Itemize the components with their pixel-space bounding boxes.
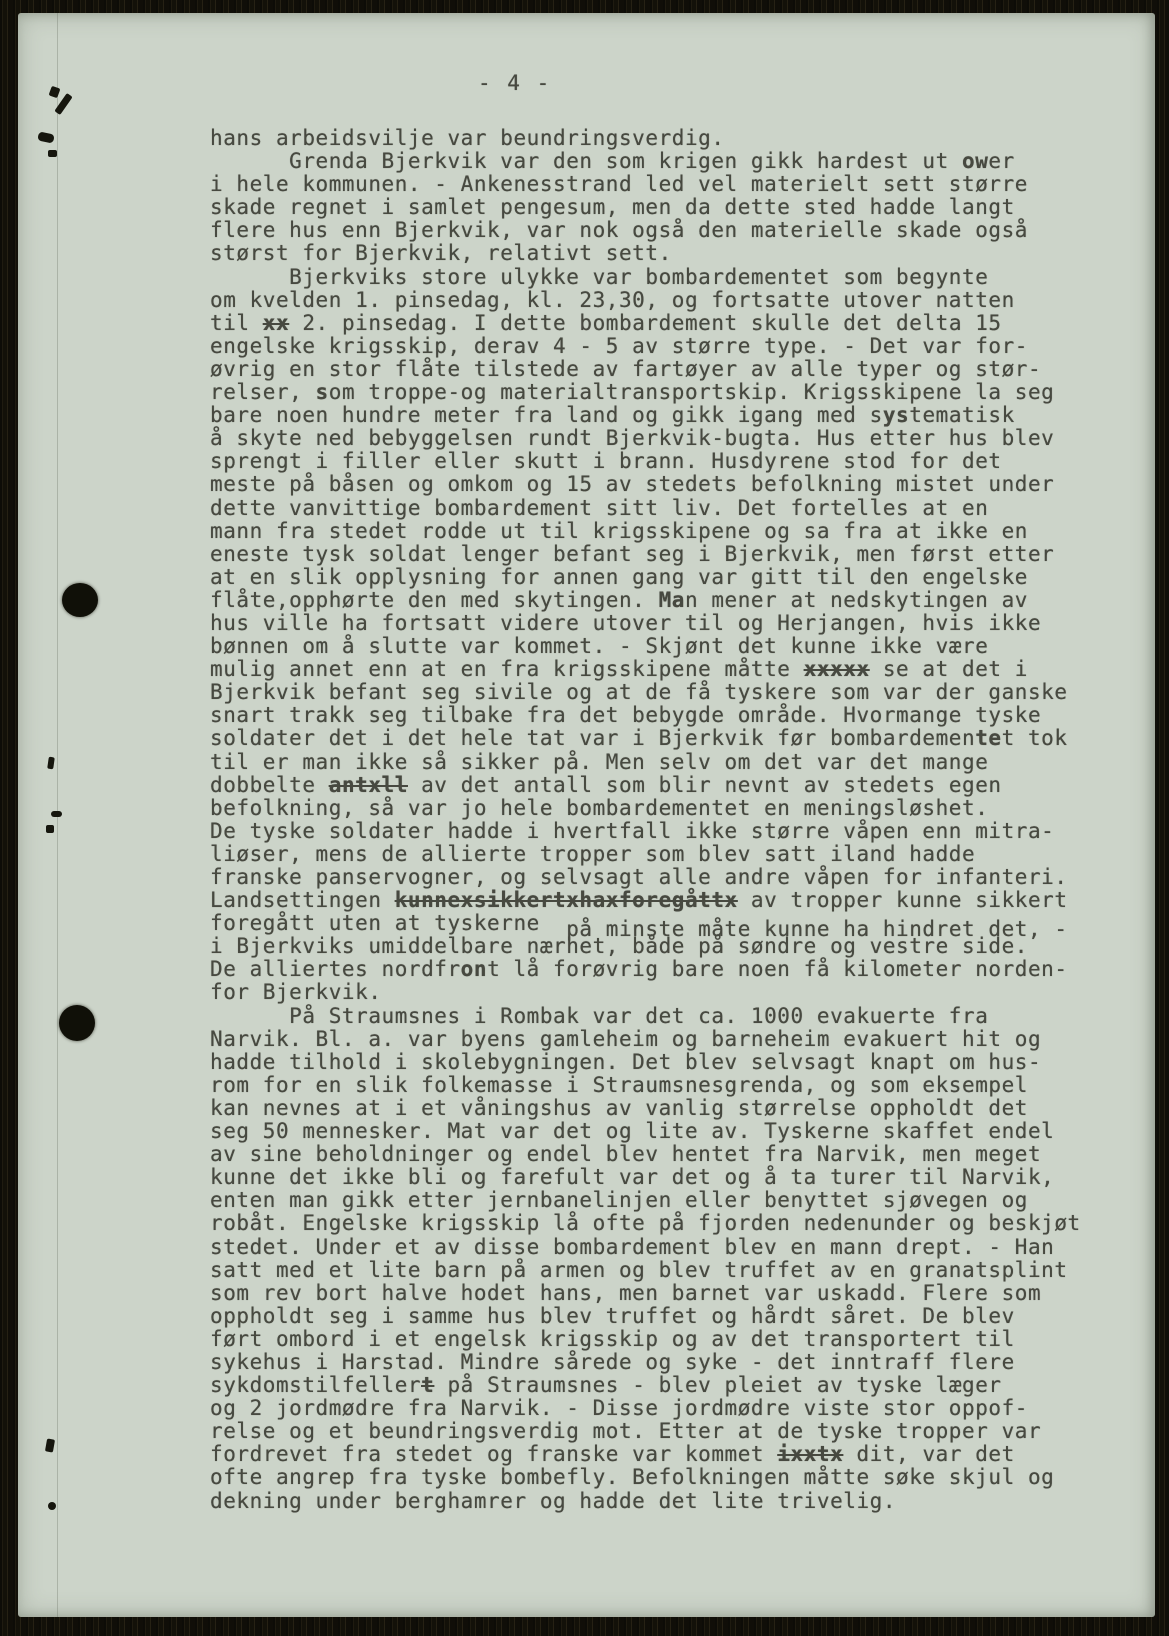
text-line: befolkning, så var jo hele bombardemente… — [210, 797, 1130, 820]
text-line: flåte,opphørte den med skytingen. Man me… — [210, 589, 1130, 612]
text-line: dobbelte antxll av det antall som blir n… — [210, 774, 1130, 797]
text-line: i hele kommunen. - Ankenesstrand led vel… — [210, 173, 1130, 196]
text-line: stedet. Under et av disse bombardement b… — [210, 1236, 1130, 1259]
text-line: Narvik. Bl. a. var byens gamleheim og ba… — [210, 1028, 1130, 1051]
text-line: og 2 jordmødre fra Narvik. - Disse jordm… — [210, 1397, 1130, 1420]
text-line: meste på båsen og omkom og 15 av stedets… — [210, 473, 1130, 496]
ink-mark — [49, 86, 61, 98]
text-line: til er man ikke så sikker på. Men selv o… — [210, 751, 1130, 774]
text-line: sykdomstilfellert på Straumsnes - blev p… — [210, 1374, 1130, 1397]
text-line: robåt. Engelske krigsskip lå ofte på fjo… — [210, 1212, 1130, 1235]
text-line: rom for en slik folkemasse i Straumsnesg… — [210, 1074, 1130, 1097]
punch-hole — [62, 583, 98, 617]
text-line: dette vanvittige bombardement sitt liv. … — [210, 497, 1130, 520]
text-line: oppholdt seg i samme hus blev truffet og… — [210, 1305, 1130, 1328]
text-block: hans arbeidsvilje var beundringsverdig. … — [210, 127, 1130, 1513]
text-line: kunne det ikke bli og farefult var det o… — [210, 1166, 1130, 1189]
text-line: bønnen om å slutte var kommet. - Skjønt … — [210, 635, 1130, 658]
text-line: Landsettingen kunnexsikkertxhaxforegåttx… — [210, 889, 1130, 912]
text-line: soldater det i det hele tat var i Bjerkv… — [210, 727, 1130, 750]
text-line: Bjerkvik befant seg sivile og at de få t… — [210, 681, 1130, 704]
text-line: hadde tilhold i skolebygningen. Det blev… — [210, 1051, 1130, 1074]
text-line: ført ombord i et engelsk krigsskip og av… — [210, 1328, 1130, 1351]
ink-mark — [48, 1502, 56, 1510]
text-line: satt med et lite barn på armen og blev t… — [210, 1259, 1130, 1282]
text-line: øvrig en stor flåte tilstede av fartøyer… — [210, 358, 1130, 381]
ink-mark — [45, 1438, 55, 1452]
text-line: ofte angrep fra tyske bombefly. Befolkni… — [210, 1466, 1130, 1489]
text-line: Bjerkviks store ulykke var bombardemente… — [210, 266, 1130, 289]
text-line: foregått uten at tyskerne på minste måte… — [210, 912, 1130, 935]
text-line: De alliertes nordfront lå forøvrig bare … — [210, 958, 1130, 981]
page-number: - 4 - — [478, 71, 551, 95]
text-line: størst for Bjerkvik, relativt sett. — [210, 242, 1130, 265]
text-line: mulig annet enn at en fra krigsskipene m… — [210, 658, 1130, 681]
text-line: På Straumsnes i Rombak var det ca. 1000 … — [210, 1005, 1130, 1028]
text-line: seg 50 mennesker. Mat var det og lite av… — [210, 1120, 1130, 1143]
text-line: eneste tysk soldat lenger befant seg i B… — [210, 543, 1130, 566]
text-line: bare noen hundre meter fra land og gikk … — [210, 404, 1130, 427]
text-line: snart trakk seg tilbake fra det bebygde … — [210, 704, 1130, 727]
text-line: til xx 2. pinsedag. I dette bombardement… — [210, 312, 1130, 335]
ink-mark — [48, 150, 57, 157]
scan-background: - 4 - hans arbeidsvilje var beundringsve… — [0, 0, 1169, 1636]
document-page: - 4 - hans arbeidsvilje var beundringsve… — [18, 13, 1155, 1617]
text-line: mann fra stedet rodde ut til krigsskipen… — [210, 520, 1130, 543]
text-line: engelske krigsskip, derav 4 - 5 av størr… — [210, 335, 1130, 358]
ink-mark — [46, 825, 54, 833]
ink-mark — [37, 131, 55, 143]
ink-mark — [47, 757, 55, 770]
text-line: å skyte ned bebyggelsen rundt Bjerkvik-b… — [210, 427, 1130, 450]
ink-mark — [51, 811, 62, 817]
text-line: liøser, mens de allierte tropper som ble… — [210, 843, 1130, 866]
text-line: relse og et beundringsverdig mot. Etter … — [210, 1420, 1130, 1443]
text-line: enten man gikk etter jernbanelinjen elle… — [210, 1189, 1130, 1212]
text-line: Grenda Bjerkvik var den som krigen gikk … — [210, 150, 1130, 173]
text-line: De tyske soldater hadde i hvertfall ikke… — [210, 820, 1130, 843]
text-line: sprengt i filler eller skutt i brann. Hu… — [210, 450, 1130, 473]
text-line: som rev bort halve hodet hans, men barne… — [210, 1282, 1130, 1305]
text-line: sykehus i Harstad. Mindre sårede og syke… — [210, 1351, 1130, 1374]
text-line: om kvelden 1. pinsedag, kl. 23,30, og fo… — [210, 289, 1130, 312]
text-line: at en slik opplysning for annen gang var… — [210, 566, 1130, 589]
text-line: hans arbeidsvilje var beundringsverdig. — [210, 127, 1130, 150]
text-line: flere hus enn Bjerkvik, var nok også den… — [210, 219, 1130, 242]
text-line: for Bjerkvik. — [210, 981, 1130, 1004]
text-line: skade regnet i samlet pengesum, men da d… — [210, 196, 1130, 219]
text-line: av sine beholdninger og endel blev hente… — [210, 1143, 1130, 1166]
text-line: franske panservogner, og selvsagt alle a… — [210, 866, 1130, 889]
text-line: hus ville ha fortsatt videre utover til … — [210, 612, 1130, 635]
punch-hole — [59, 1005, 95, 1041]
text-line: relser, som troppe-og materialtransports… — [210, 381, 1130, 404]
text-line: fordrevet fra stedet og franske var komm… — [210, 1443, 1130, 1466]
text-line: dekning under berghamrer og hadde det li… — [210, 1490, 1130, 1513]
text-line: kan nevnes at i et våningshus av vanlig … — [210, 1097, 1130, 1120]
